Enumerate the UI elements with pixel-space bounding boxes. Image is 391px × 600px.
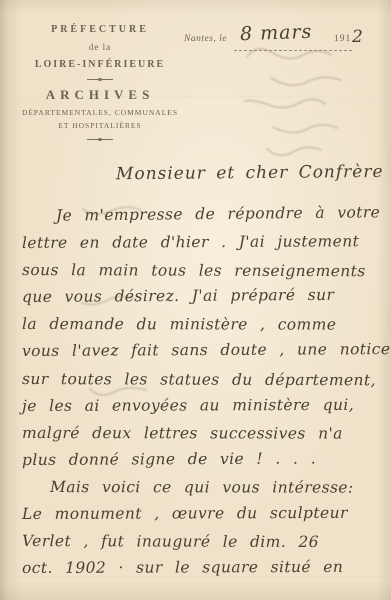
letter-line: lettre en date d'hier . J'ai justement [22, 228, 384, 257]
date-fill-rule [234, 50, 352, 51]
divider-ornament [87, 138, 113, 141]
letterhead-prefecture: PRÉFECTURE [14, 24, 186, 35]
letter-line: je les ai envoyées au ministère qui, [22, 391, 384, 419]
letterhead-archives-subtitle-2: ET HOSPITALIÈRES [14, 121, 186, 130]
letterhead: PRÉFECTURE de la LOIRE-INFÉRIEURE ARCHIV… [14, 24, 186, 141]
letter-body: Je m'empresse de répondre à votre lettre… [22, 203, 384, 582]
letter-line: Mais voici ce qui vous intéresse: [22, 474, 384, 502]
salutation: Monsieur et cher Confrère , [116, 162, 391, 184]
letterhead-archives-subtitle-1: DÉPARTEMENTALES, COMMUNALES [14, 108, 186, 117]
letterhead-archives: ARCHIVES [14, 87, 186, 103]
letter-line: plus donné signe de vie ! . . . [22, 445, 384, 474]
letter-line: sur toutes les statues du département, [22, 366, 384, 394]
handwritten-date: 8 mars [240, 21, 313, 46]
letterhead-department: LOIRE-INFÉRIEURE [14, 59, 186, 70]
letter-line: Je m'empresse de répondre à votre [22, 199, 384, 230]
printed-year-prefix: 191 [334, 34, 351, 44]
letter-line: que vous désirez. J'ai préparé sur [22, 282, 384, 312]
printed-city-label: Nantes, le [184, 34, 227, 44]
dateline: Nantes, le 8 mars 191 2 [182, 26, 382, 62]
letter-page: PRÉFECTURE de la LOIRE-INFÉRIEURE ARCHIV… [0, 0, 391, 600]
letter-line: Le monument , œuvre du sculpteur [22, 500, 384, 528]
letter-line: malgré deux lettres successives n'a [22, 420, 384, 448]
letter-line: oct. 1902 · sur le square situé en [22, 554, 384, 582]
letter-line: Verlet , fut inauguré le dim. 26 [22, 528, 384, 556]
handwritten-year-digit: 2 [352, 27, 363, 47]
letterhead-de-la: de la [14, 42, 186, 52]
divider-ornament [87, 78, 113, 81]
letter-line: la demande du ministère , comme [22, 311, 384, 339]
letter-line: vous l'avez fait sans doute , une notice [22, 337, 384, 366]
